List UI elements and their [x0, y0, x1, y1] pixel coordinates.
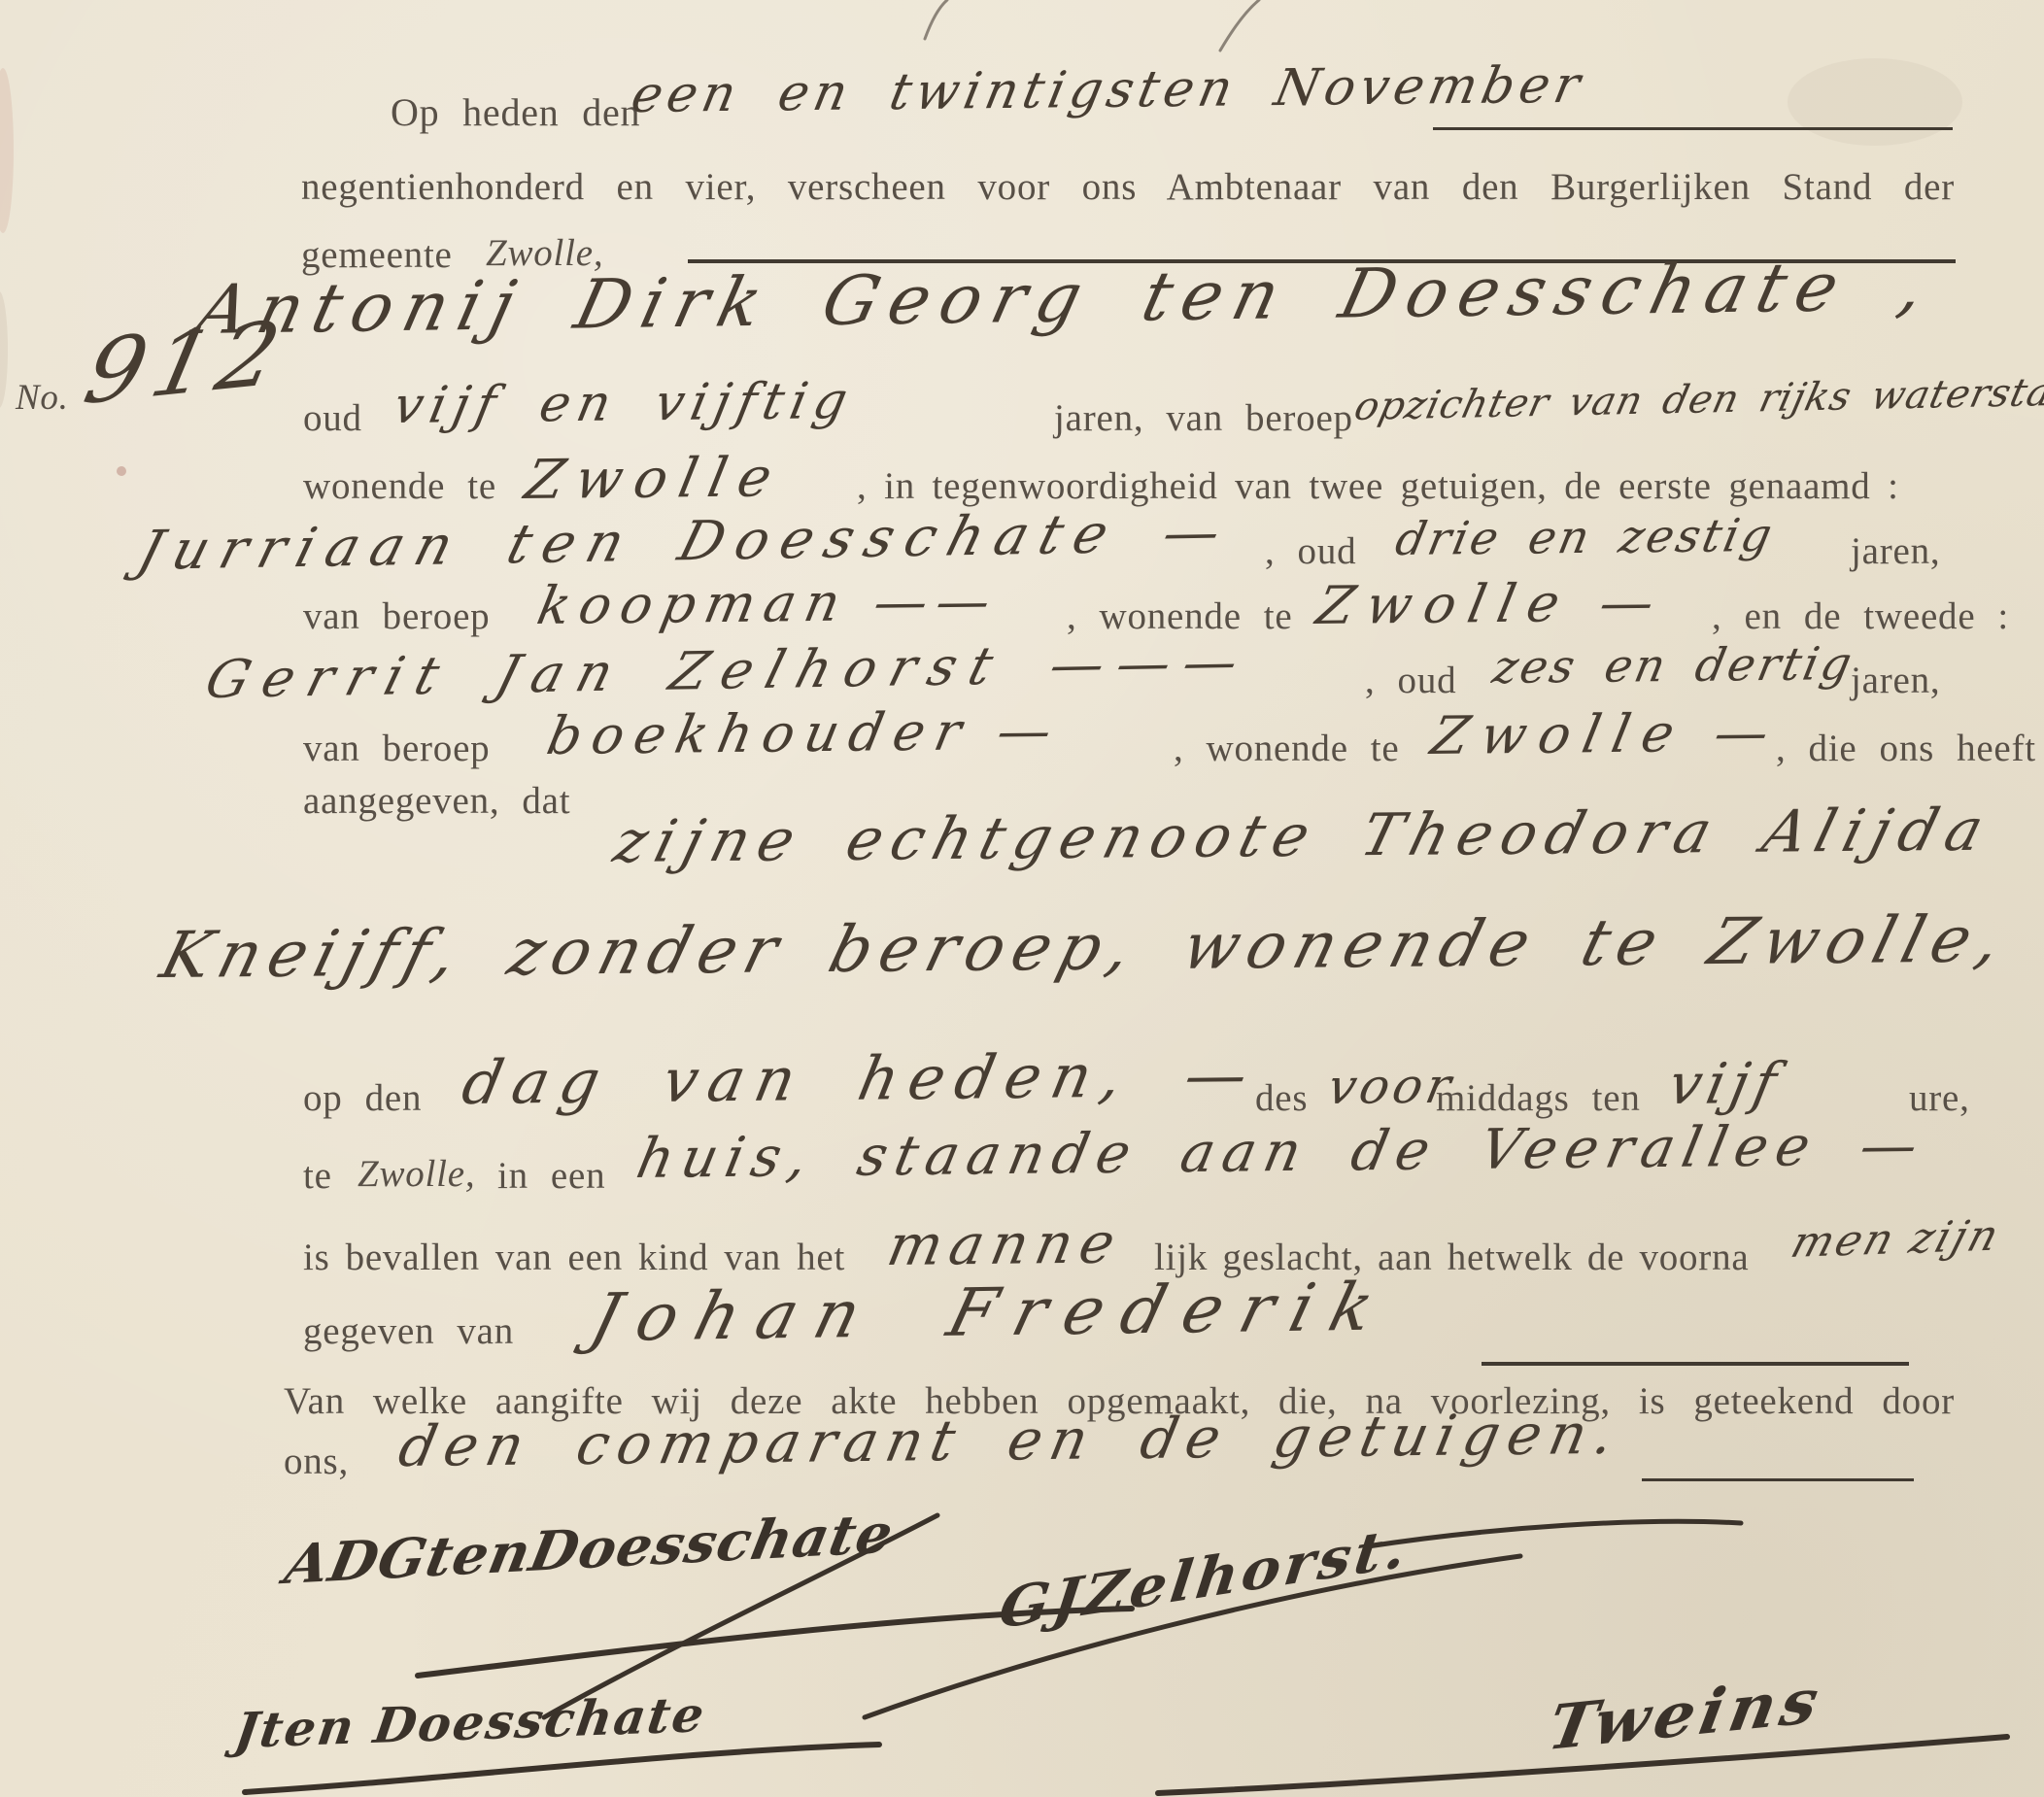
- line19-ons: ons,: [284, 1440, 349, 1483]
- line16-printed-a: is bevallen van een kind van het: [303, 1236, 845, 1279]
- line14-des: des: [1255, 1076, 1308, 1120]
- line2-printed: negentienhonderd en vier, verscheen voor…: [301, 165, 1955, 209]
- mother-name-handwritten-2: Kneijff, zonder beroep, wonende te Zwoll…: [153, 901, 2017, 993]
- line15-te: te: [303, 1154, 332, 1198]
- witness2-age-handwritten: zes en dertig: [1488, 637, 1858, 695]
- blank-rule: [1433, 127, 1953, 130]
- child-name-handwritten: Johan Frederik: [583, 1270, 1400, 1357]
- signature-declarant: ADGtenDoesschate: [280, 1502, 899, 1597]
- witness1-age-handwritten: drie en zestig: [1391, 509, 1779, 566]
- witness1-jaren-label: jaren,: [1851, 529, 1940, 573]
- act-number-label: No.: [16, 377, 69, 419]
- blank-rule: [1482, 1362, 1909, 1366]
- child-gender-handwritten: manne: [882, 1209, 1128, 1278]
- witness1-tail: , en de tweede :: [1712, 594, 2009, 638]
- witness1-beroep-label: van beroep: [303, 594, 490, 638]
- declarant-name-handwritten: Antonij Dirk Georg ten Doesschate ,: [189, 246, 1943, 350]
- line15-in-een: in een: [497, 1154, 605, 1198]
- line5-jaren-beroep-label: jaren, van beroep: [1054, 396, 1353, 440]
- witness1-name-handwritten: Jurriaan ten Doesschate —: [131, 500, 1240, 583]
- witness2-name-handwritten: Gerrit Jan Zelhorst ———: [199, 630, 1259, 710]
- witness2-beroep-label: van beroep: [303, 727, 490, 770]
- signature-witness2: GJZelhorst.: [996, 1514, 1413, 1642]
- witness1-occupation-handwritten: koopman ——: [532, 570, 1005, 636]
- line14-middags-ten: middags ten: [1436, 1076, 1641, 1120]
- mother-name-handwritten-1: zijne echtgenoote Theodora Alijda: [607, 797, 1999, 876]
- paper-stain: [117, 466, 126, 476]
- line11-printed: aangegeven, dat: [303, 779, 570, 823]
- line15-zwolle: Zwolle,: [358, 1152, 475, 1196]
- stray-stroke: [925, 0, 947, 39]
- line1-handwritten-date: een en twintigsten November: [627, 56, 1590, 124]
- line6-wonende-label: wonende te: [303, 464, 496, 508]
- witness2-occupation-handwritten: boekhouder —: [542, 699, 1068, 766]
- birth-hour-handwritten: vijf: [1663, 1050, 1788, 1117]
- line14-op-den: op den: [303, 1076, 422, 1120]
- blank-rule: [1642, 1478, 1914, 1481]
- witness2-jaren-label: jaren,: [1851, 659, 1940, 702]
- line6-witnesses-intro: , in tegenwoordigheid van twee getuigen,…: [857, 464, 1899, 508]
- declarant-age-handwritten: vijf en vijftig: [389, 372, 859, 435]
- line1-printed: Op heden den: [391, 89, 640, 135]
- birth-house-handwritten: huis, staande aan de Veerallee —: [631, 1113, 1931, 1191]
- birth-certificate-page: No. 912 Op heden den een en twintigsten …: [0, 0, 2044, 1797]
- stray-stroke: [1220, 0, 1259, 51]
- birth-day-handwritten: dag van heden, —: [457, 1038, 1265, 1118]
- paper-stain: [1788, 58, 1962, 146]
- witness2-residence-handwritten: Zwolle —: [1426, 701, 1787, 766]
- witness2-tail: , die ons heeft: [1776, 727, 2036, 770]
- closing-handwritten: den comparant en de getuigen.: [393, 1401, 1628, 1479]
- signature-witness1: Jten Doesschate: [231, 1685, 709, 1759]
- paper-stain: [0, 291, 8, 408]
- declarant-occupation-handwritten: opzichter van den rijks waterstaat: [1350, 369, 2044, 429]
- flourish-stroke: [1368, 1521, 1741, 1546]
- signature-registrar: Tweins: [1543, 1665, 1828, 1765]
- line5-oud-label: oud: [303, 396, 362, 440]
- witness2-wonende-label: , wonende te: [1174, 727, 1400, 770]
- witness1-oud-label: , oud: [1265, 529, 1356, 573]
- line17-gegeven-van: gegeven van: [303, 1309, 514, 1353]
- witness1-residence-handwritten: Zwolle —: [1312, 571, 1672, 636]
- paper-stain: [0, 68, 14, 233]
- names-suffix-handwritten: men zijn: [1786, 1211, 2006, 1268]
- declarant-residence-handwritten: Zwolle: [520, 446, 789, 512]
- witness2-oud-label: , oud: [1365, 659, 1456, 702]
